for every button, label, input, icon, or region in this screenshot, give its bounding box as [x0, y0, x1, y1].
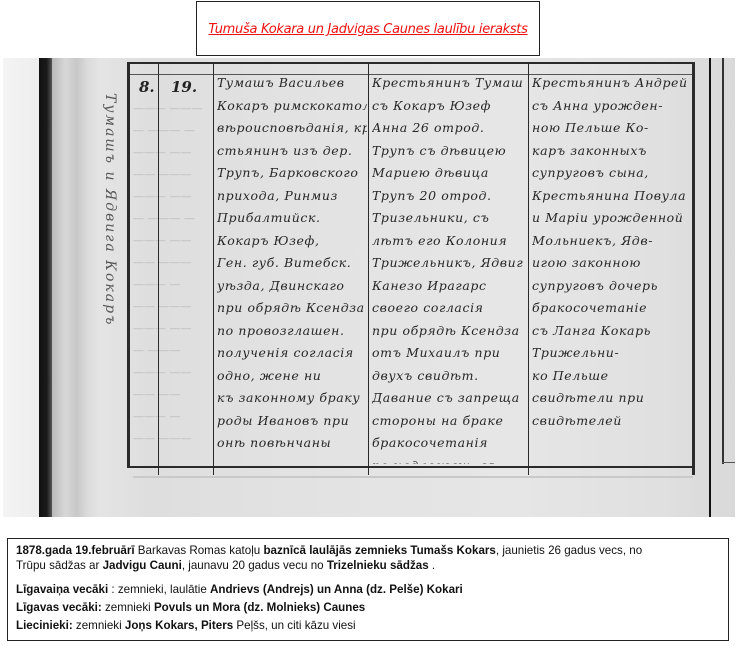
bride-column-text: Крестьянинъ Тумашсъ Кокаръ ЮзефАнна 26 о…	[372, 72, 527, 464]
column-line-1	[158, 62, 159, 475]
page-title: Tumuša Kokara un Jadvigas Caunes laulību…	[208, 22, 527, 37]
bride-parents-line: Līgavas vecāki: zemnieki Povuls un Mora …	[16, 599, 720, 617]
page-edge-line-1	[709, 58, 711, 517]
transcription-box: 1878.gada 19.februārī Barkavas Romas kat…	[7, 538, 729, 641]
page-edge-hline	[722, 462, 735, 463]
frame-bottom-shadow	[133, 476, 693, 478]
column-line-2	[213, 62, 214, 475]
witnesses-line: Liecinieki: zemnieki Joņs Kokars, Piters…	[16, 617, 720, 635]
frame-right-line	[692, 62, 695, 475]
groom-parents-label: Līgavaiņa vecāki	[16, 583, 108, 596]
register-scan-image: Тумашъ и Ядвига Кокаръ ——— ———— ——— ————…	[3, 58, 735, 517]
summary-line-2: Trūpu sādžas ar Jadvigu Cauni, jaunavu 2…	[16, 558, 720, 573]
column-line-4	[528, 62, 529, 475]
column-line-3	[368, 62, 369, 475]
entry-day: 19.	[171, 78, 197, 96]
entry-number: 8.	[139, 78, 155, 96]
book-binding	[39, 58, 52, 517]
summary-line-1: 1878.gada 19.februārī Barkavas Romas kat…	[16, 543, 720, 558]
title-box: Tumuša Kokara un Jadvigas Caunes laulību…	[196, 1, 540, 56]
witnesses-label: Liecinieki:	[16, 619, 73, 632]
margin-note: Тумашъ и Ядвига Кокаръ	[98, 93, 118, 513]
groom-column-text: Тумашъ ВасильевКокаръ римскокатол.вѣроис…	[217, 72, 367, 452]
groom-parents-line: Līgavaiņa vecāki : zemnieki, laulātie An…	[16, 581, 720, 599]
binding-shadow	[52, 58, 97, 517]
page-edge-line-2	[722, 58, 724, 464]
bride-parents-label: Līgavas vecāki:	[16, 601, 102, 614]
bleed-through-text: ——— ———— ——— ———— ———— —————— ——— ——— ——…	[133, 98, 213, 468]
frame-left-line	[127, 62, 130, 468]
parents-column-text: Крестьянинъ Андрейсъ Анна урожден-ною Пе…	[532, 72, 690, 432]
